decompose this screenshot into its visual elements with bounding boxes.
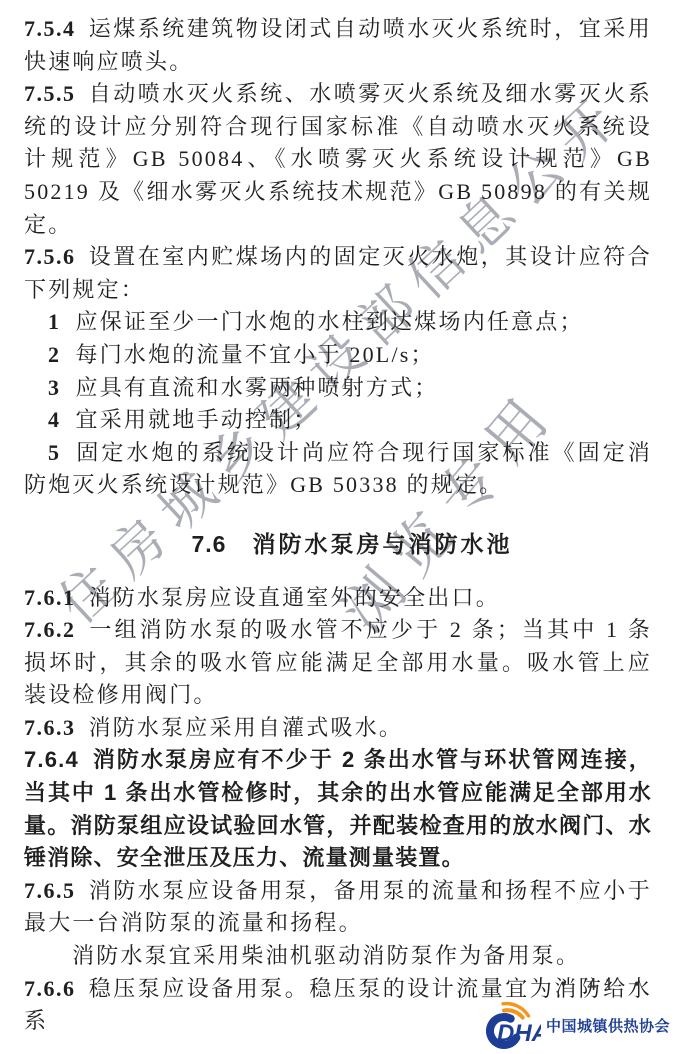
item-number: 5 xyxy=(48,440,61,465)
clause-7-5-5: 7.5.5自动喷水灭火系统、水喷雾灭火系统及细水雾灭火系统的设计应分别符合现行国… xyxy=(24,78,652,241)
clause-number: 7.6.1 xyxy=(24,585,76,610)
list-item-5: 5固定水炮的系统设计尚应符合现行国家标准《固定消防炮灭火系统设计规范》GB 50… xyxy=(24,437,652,502)
item-text: 应保证至少一门水炮的水柱到达煤场内任意点； xyxy=(76,309,584,334)
list-item-2: 2每门水炮的流量不宜小于 20L/s； xyxy=(24,339,652,372)
item-number: 4 xyxy=(48,407,61,432)
clause-number: 7.5.5 xyxy=(24,81,76,106)
clause-text: 消防水泵房应设直通室外的安全出口。 xyxy=(89,585,500,610)
logo-acronym: DHA xyxy=(497,1020,541,1047)
list-item-3: 3应具有直流和水雾两种喷射方式； xyxy=(24,372,652,405)
list-item-4: 4宜采用就地手动控制； xyxy=(24,404,652,437)
clause-7-6-4-mandatory: 7.6.4消防水泵房应有不少于 2 条出水管与环状管网连接，当其中 1 条出水管… xyxy=(24,744,652,874)
note-paragraph: 消防水泵宜采用柴油机驱动消防泵作为备用泵。 xyxy=(24,940,652,973)
dha-logo-icon: DHA xyxy=(477,999,541,1051)
clause-number: 7.6.5 xyxy=(24,878,76,903)
document-page: 住房城乡建设部信息公开 浏览专用 7.5.4运煤系统建筑物设闭式自动喷水灭火系统… xyxy=(0,0,676,1054)
item-number: 2 xyxy=(48,342,61,367)
clause-7-6-5: 7.6.5消防水泵应设备用泵，备用泵的流量和扬程不应小于最大一台消防泵的流量和扬… xyxy=(24,875,652,940)
clause-text: 自动喷水灭火系统、水喷雾灭火系统及细水雾灭火系统的设计应分别符合现行国家标准《自… xyxy=(24,81,652,236)
clause-7-6-1: 7.6.1消防水泵房应设直通室外的安全出口。 xyxy=(24,582,652,615)
clause-number: 7.5.4 xyxy=(24,16,76,41)
item-text: 固定水炮的系统设计尚应符合现行国家标准《固定消防炮灭火系统设计规范》GB 503… xyxy=(24,440,652,498)
association-logo: DHA 中国城镇供热协会 xyxy=(477,999,670,1051)
item-text: 应具有直流和水雾两种喷射方式； xyxy=(76,375,439,400)
clause-number: 7.5.6 xyxy=(24,244,76,269)
item-text: 每门水炮的流量不宜小于 20L/s； xyxy=(76,342,435,367)
page-number: • 41 • xyxy=(560,974,648,995)
clause-7-6-3: 7.6.3消防水泵应采用自灌式吸水。 xyxy=(24,712,652,745)
section-number: 7.6 xyxy=(192,531,227,557)
clause-text: 消防水泵房应有不少于 2 条出水管与环状管网连接，当其中 1 条出水管检修时，其… xyxy=(24,747,652,870)
clause-7-5-4: 7.5.4运煤系统建筑物设闭式自动喷水灭火系统时，宜采用快速响应喷头。 xyxy=(24,13,652,78)
item-text: 宜采用就地手动控制； xyxy=(76,407,318,432)
logo-org-name: 中国城镇供热协会 xyxy=(546,1015,670,1036)
section-heading: 7.6消防水泵房与消防水池 xyxy=(24,528,652,561)
clause-number: 7.6.2 xyxy=(24,617,76,642)
clause-number: 7.6.4 xyxy=(24,747,79,772)
document-content: 7.5.4运煤系统建筑物设闭式自动喷水灭火系统时，宜采用快速响应喷头。 7.5.… xyxy=(24,13,652,1038)
clause-7-5-6: 7.5.6设置在室内贮煤场内的固定灭火水炮，其设计应符合下列规定： xyxy=(24,241,652,306)
clause-7-6-2: 7.6.2一组消防水泵的吸水管不应少于 2 条；当其中 1 条损坏时，其余的吸水… xyxy=(24,614,652,712)
clause-text: 设置在室内贮煤场内的固定灭火水炮，其设计应符合下列规定： xyxy=(24,244,652,302)
clause-number: 7.6.6 xyxy=(24,976,76,1001)
section-title: 消防水泵房与消防水池 xyxy=(252,531,512,557)
clause-number: 7.6.3 xyxy=(24,715,76,740)
clause-text: 一组消防水泵的吸水管不应少于 2 条；当其中 1 条损坏时，其余的吸水管应能满足… xyxy=(24,617,652,707)
item-number: 1 xyxy=(48,309,61,334)
clause-text: 消防水泵应采用自灌式吸水。 xyxy=(89,715,404,740)
item-number: 3 xyxy=(48,375,61,400)
list-item-1: 1应保证至少一门水炮的水柱到达煤场内任意点； xyxy=(24,306,652,339)
clause-text: 运煤系统建筑物设闭式自动喷水灭火系统时，宜采用快速响应喷头。 xyxy=(24,16,652,74)
clause-text: 消防水泵应设备用泵，备用泵的流量和扬程不应小于最大一台消防泵的流量和扬程。 xyxy=(24,878,652,936)
